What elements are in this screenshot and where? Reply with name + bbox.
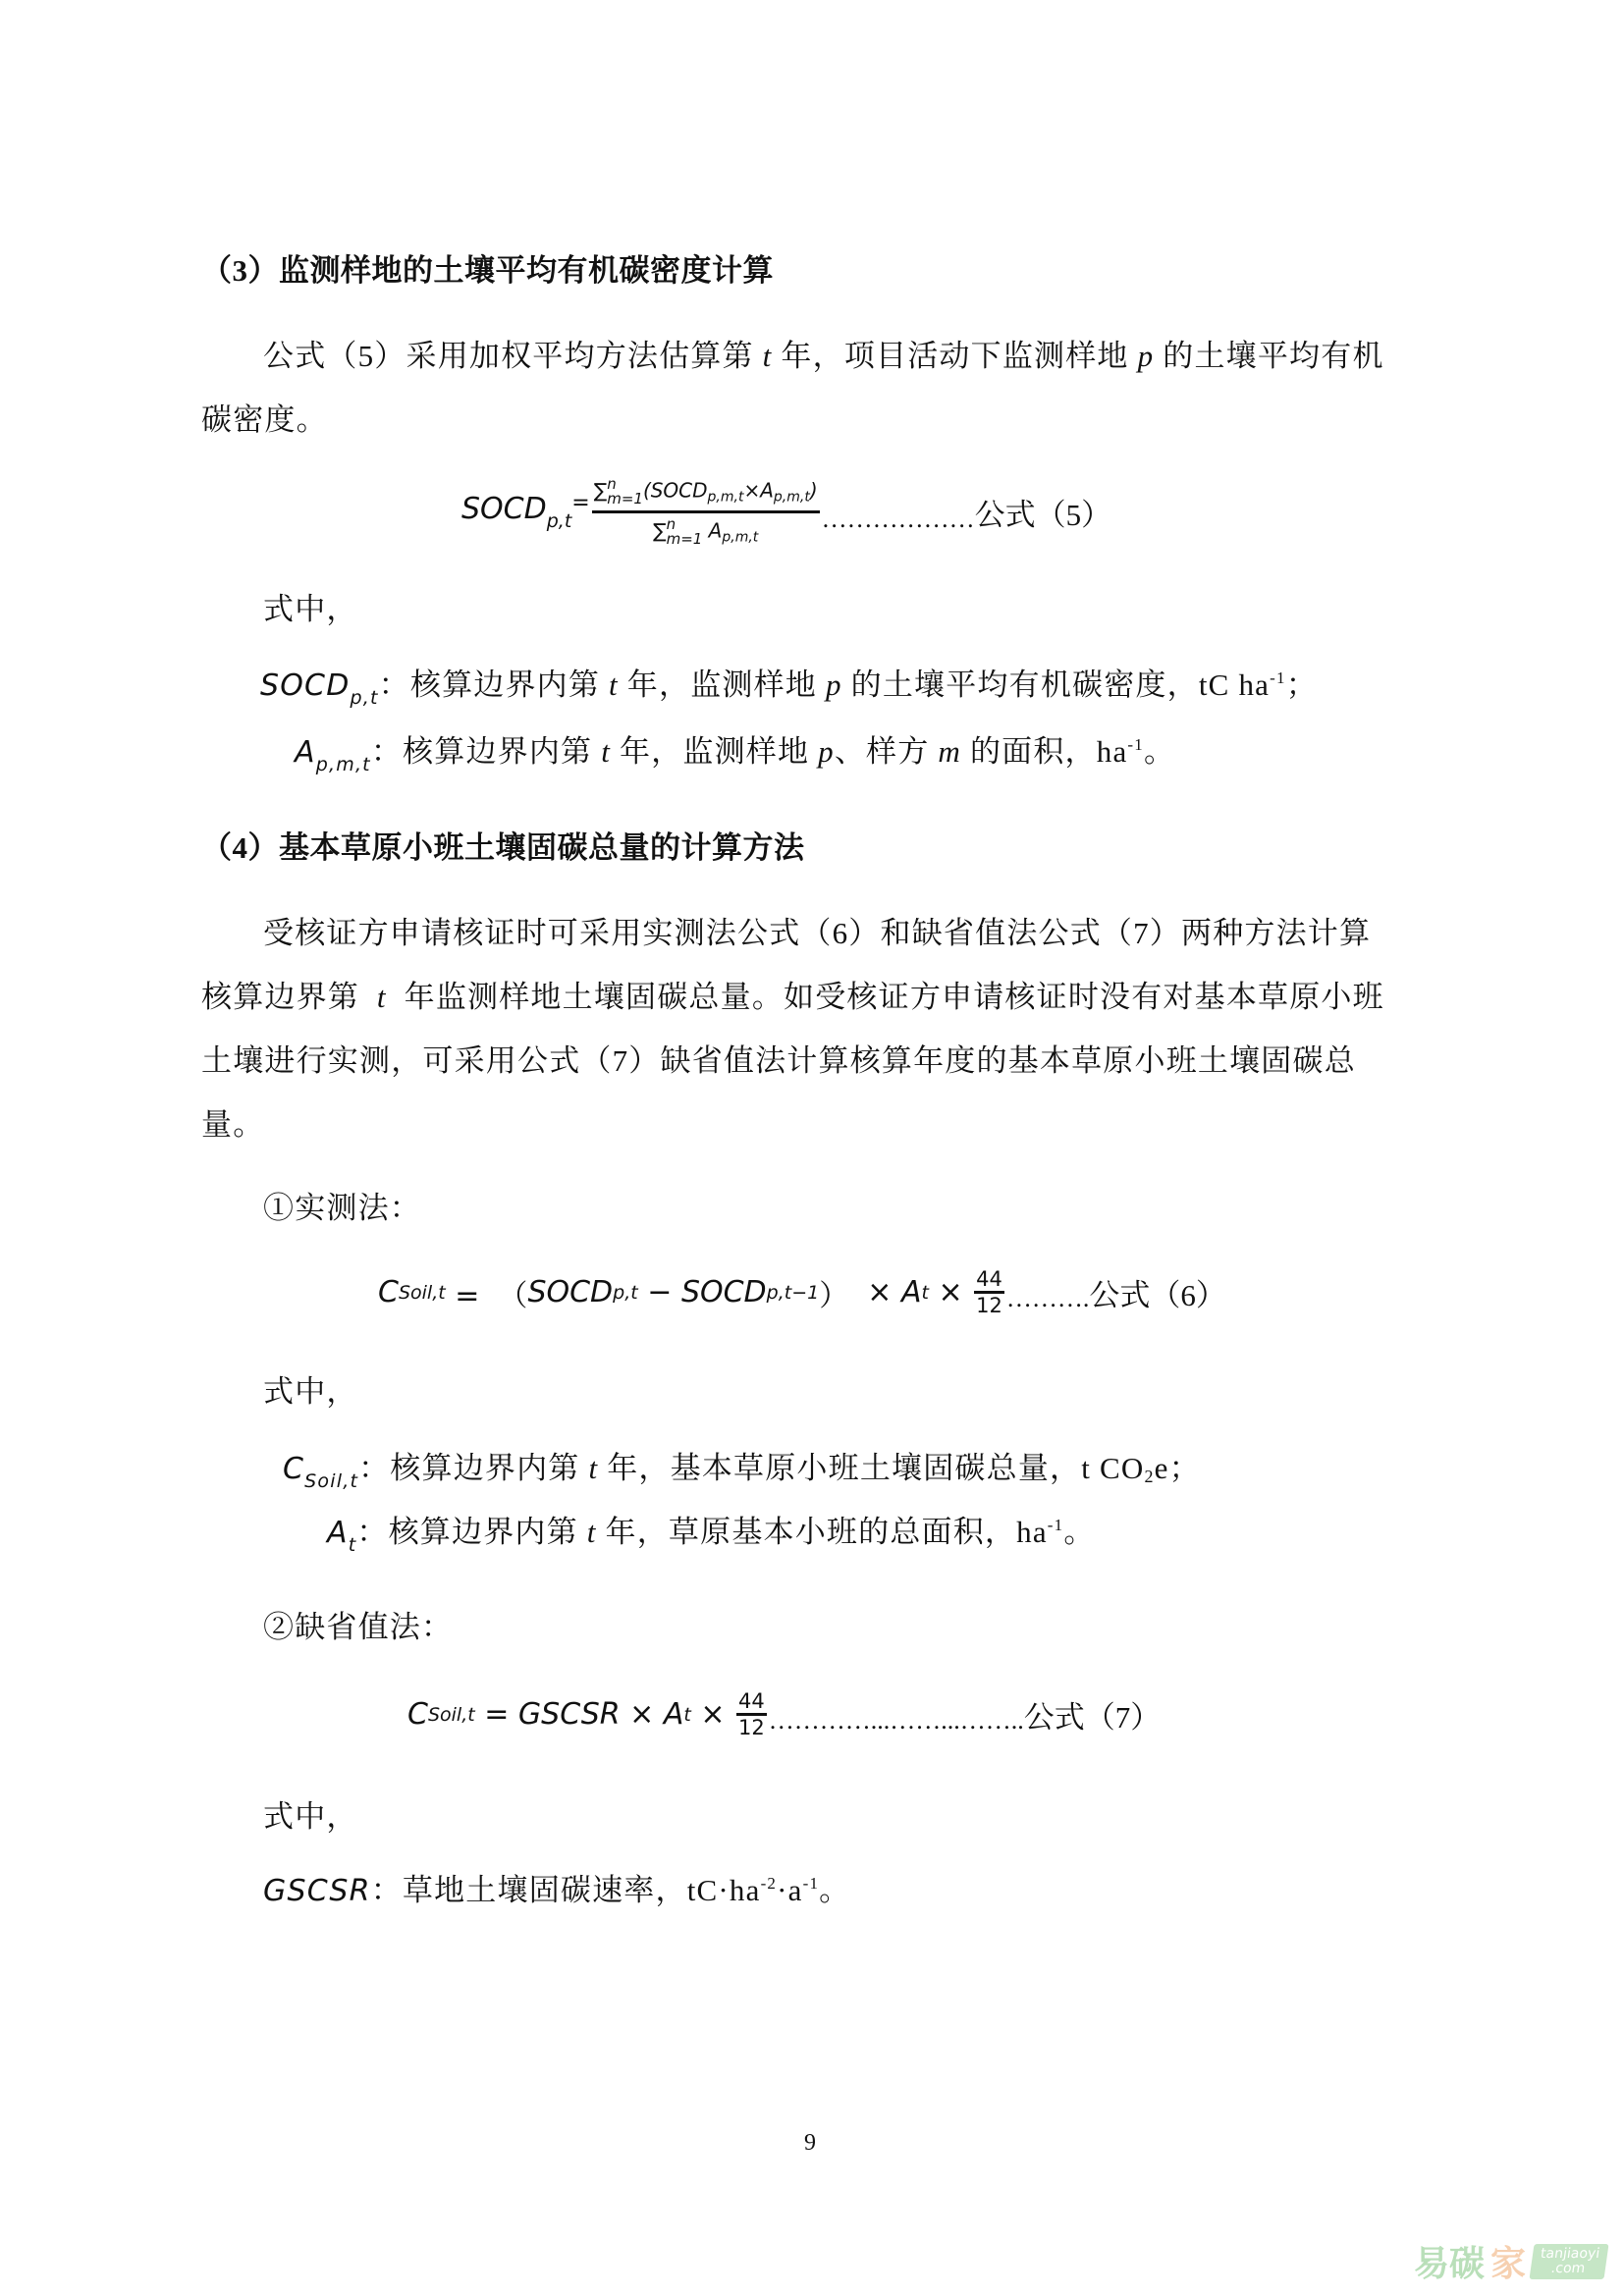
formula-6: CSoil,t = （ SOCDp,t − SOCDp,t−1 ） × At ×… — [378, 1268, 1226, 1316]
watermark-logo: 易碳家 tanjiaoyi.com — [1414, 2236, 1606, 2286]
section-3-intro-line2: 碳密度。 — [201, 395, 328, 439]
formula-5-label: 公式（5） — [975, 490, 1112, 534]
formula-7-label: 公式（7） — [1024, 1692, 1162, 1736]
formula-6-label: 公式（6） — [1089, 1270, 1226, 1314]
method-2-label: ②缺省值法： — [263, 1602, 453, 1646]
where-label-2: 式中， — [263, 1366, 358, 1411]
method-1-label: ①实测法： — [263, 1183, 421, 1227]
formula-5-fraction: ∑nm=1(SOCDp,m,t×Ap,m,t) ∑nm=1 Ap,m,t — [592, 477, 820, 547]
section-4-para-line2: 核算边界第 t 年监测样地土壤固碳总量。如受核证方申请核证时没有对基本草原小班 — [201, 972, 1384, 1016]
section-4-para-line1: 受核证方申请核证时可采用实测法公式（6）和缺省值法公式（7）两种方法计算 — [263, 908, 1371, 952]
watermark-badge: tanjiaoyi.com — [1530, 2244, 1609, 2279]
where-label-3: 式中， — [263, 1791, 358, 1836]
section-3-heading: （3）监测样地的土壤平均有机碳密度计算 — [201, 245, 774, 290]
fraction-44-12: 4412 — [974, 1268, 1004, 1316]
section-4-heading: （4）基本草原小班土壤固碳总量的计算方法 — [201, 823, 805, 867]
formula-5: SOCDp,t = ∑nm=1(SOCDp,m,t×Ap,m,t) ∑nm=1 … — [461, 477, 1111, 547]
definition-gscsr: GSCSR：草地土壤固碳速率，tC·ha-2·a-1。 — [263, 1865, 850, 1909]
fraction-44-12: 4412 — [736, 1690, 767, 1738]
definition-csoil: CSoil,t：核算边界内第 t 年，基本草原小班土壤固碳总量，t CO2e； — [283, 1443, 1201, 1492]
definition-socd: SOCDp,t：核算边界内第 t 年，监测样地 p 的土壤平均有机碳密度，tC … — [260, 660, 1318, 709]
page-number: 9 — [804, 2130, 816, 2157]
watermark-text-orange: 家 — [1490, 2236, 1526, 2286]
section-3-intro-line1: 公式（5）采用加权平均方法估算第 t 年，项目活动下监测样地 p 的土壤平均有机 — [263, 331, 1384, 375]
formula-7: CSoil,t = GSCSR × At × 4412 …………...……...… — [407, 1690, 1161, 1738]
document-page: （3）监测样地的土壤平均有机碳密度计算 公式（5）采用加权平均方法估算第 t 年… — [0, 0, 1624, 2296]
definition-area-pmt: Ap,m,t：核算边界内第 t 年，监测样地 p、样方 m 的面积，ha-1。 — [295, 726, 1175, 775]
where-label-1: 式中， — [263, 584, 358, 628]
definition-area-t: At：核算边界内第 t 年，草原基本小班的总面积，ha-1。 — [327, 1507, 1096, 1556]
section-4-para-line4: 量。 — [201, 1099, 264, 1144]
section-4-para-line3: 土壤进行实测，可采用公式（7）缺省值法计算核算年度的基本草原小班土壤固碳总 — [201, 1036, 1356, 1080]
watermark-text-green: 易碳 — [1414, 2236, 1485, 2286]
